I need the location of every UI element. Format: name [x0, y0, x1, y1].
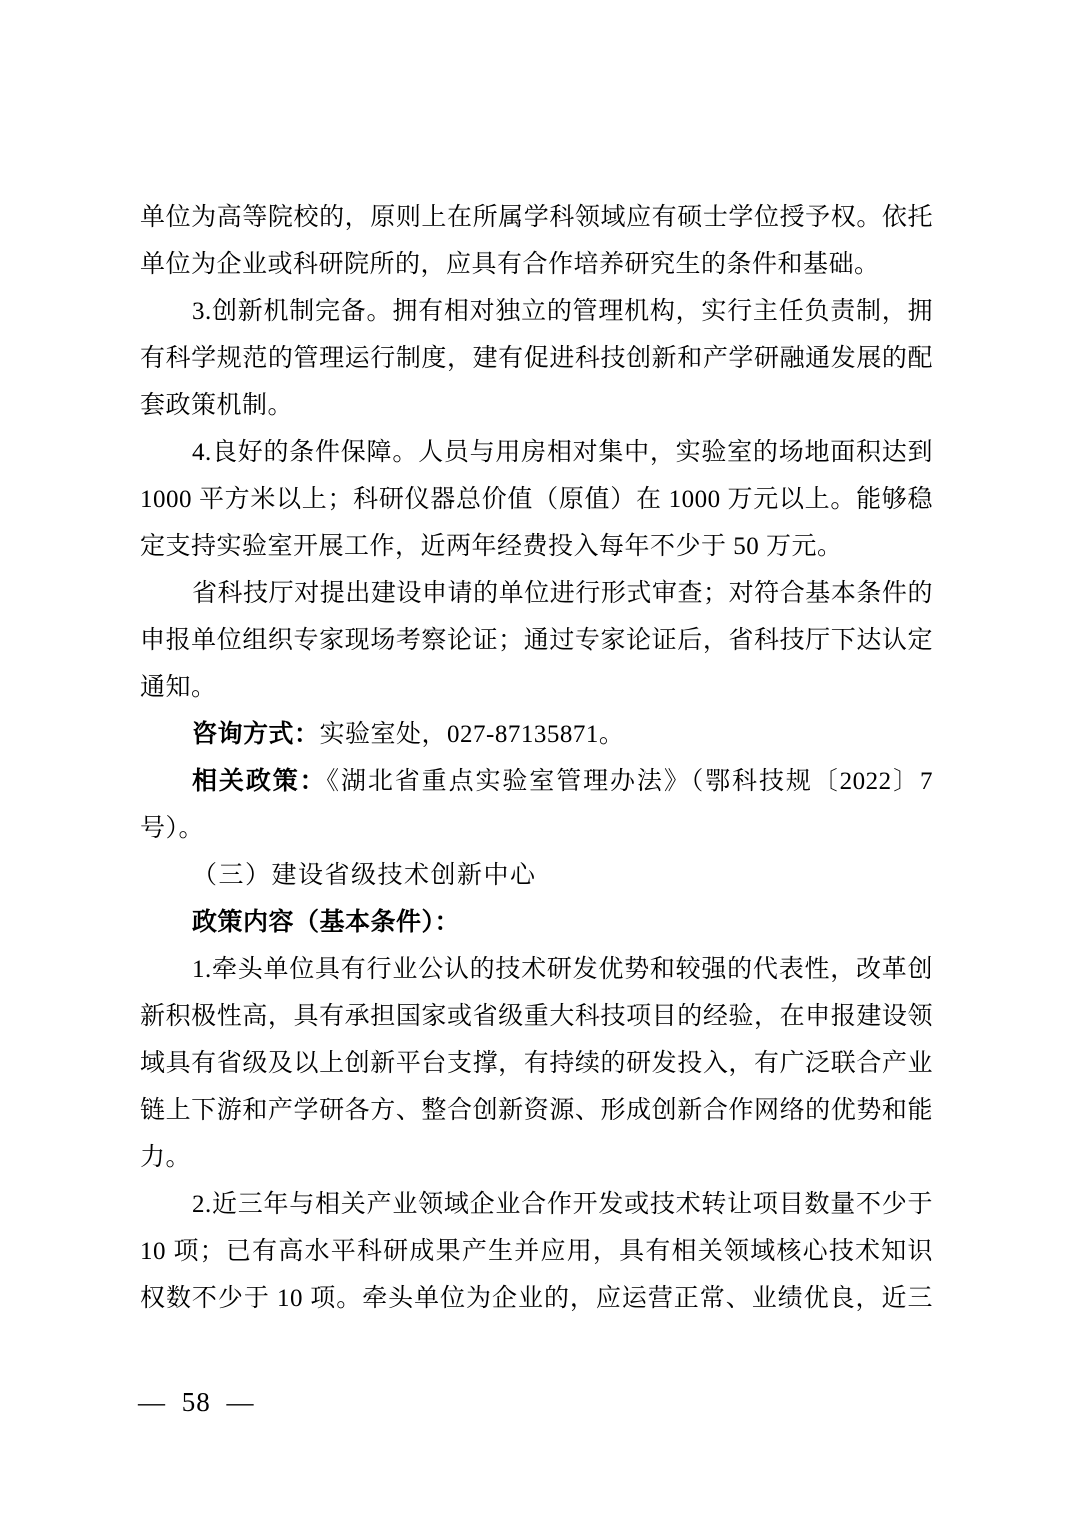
- text-line: 单位为高等院校的，原则上在所属学科领域应有硕士学位授予权。依托: [140, 194, 933, 241]
- text-segment-bold: 咨询方式：: [192, 721, 320, 748]
- text-line: 4.良好的条件保障。人员与用房相对集中，实验室的场地面积达到: [140, 429, 933, 476]
- text-line: 政策内容（基本条件）：: [140, 899, 933, 946]
- text-segment-normal: 省科技厅对提出建设申请的单位进行形式审查；对符合基本条件的: [192, 580, 933, 607]
- text-line: 力。: [140, 1134, 933, 1181]
- document-body: 单位为高等院校的，原则上在所属学科领域应有硕士学位授予权。依托单位为企业或科研院…: [140, 194, 933, 1322]
- text-segment-normal: 套政策机制。: [140, 392, 293, 419]
- text-segment-normal: 1.牵头单位具有行业公认的技术研发优势和较强的代表性，改革创: [192, 956, 933, 983]
- text-line: 1000 平方米以上；科研仪器总价值（原值）在 1000 万元以上。能够稳: [140, 476, 933, 523]
- text-line: （三）建设省级技术创新中心: [140, 852, 933, 899]
- text-segment-normal: 权数不少于 10 项。牵头单位为企业的，应运营正常、业绩优良，近三年: [140, 1285, 933, 1322]
- text-segment-normal: 号）。: [140, 815, 204, 842]
- text-line: 咨询方式：实验室处，027-87135871。: [140, 711, 933, 758]
- text-line: 套政策机制。: [140, 382, 933, 429]
- text-segment-bold: 政策内容（基本条件）：: [192, 909, 460, 936]
- text-segment-normal: 有科学规范的管理运行制度，建有促进科技创新和产学研融通发展的配: [140, 345, 933, 372]
- text-line: 权数不少于 10 项。牵头单位为企业的，应运营正常、业绩优良，近三年: [140, 1275, 933, 1322]
- text-line: 域具有省级及以上创新平台支撑，有持续的研发投入，有广泛联合产业: [140, 1040, 933, 1087]
- text-segment-normal: 10 项；已有高水平科研成果产生并应用，具有相关领域核心技术知识产: [140, 1238, 933, 1275]
- text-segment-bold: 相关政策：: [192, 768, 327, 795]
- text-segment-normal: 力。: [140, 1144, 191, 1171]
- text-line: 通知。: [140, 664, 933, 711]
- text-line: 申报单位组织专家现场考察论证；通过专家论证后，省科技厅下达认定: [140, 617, 933, 664]
- text-line: 单位为企业或科研院所的，应具有合作培养研究生的条件和基础。: [140, 241, 933, 288]
- text-line: 新积极性高，具有承担国家或省级重大科技项目的经验，在申报建设领: [140, 993, 933, 1040]
- document-page: 单位为高等院校的，原则上在所属学科领域应有硕士学位授予权。依托单位为企业或科研院…: [0, 0, 1074, 1520]
- text-line: 相关政策：《湖北省重点实验室管理办法》（鄂科技规〔2022〕7: [140, 758, 933, 805]
- text-line: 10 项；已有高水平科研成果产生并应用，具有相关领域核心技术知识产: [140, 1228, 933, 1275]
- text-line: 有科学规范的管理运行制度，建有促进科技创新和产学研融通发展的配: [140, 335, 933, 382]
- text-segment-normal: 《湖北省重点实验室管理办法》（鄂科技规〔2022〕7: [327, 768, 933, 795]
- text-line: 1.牵头单位具有行业公认的技术研发优势和较强的代表性，改革创: [140, 946, 933, 993]
- text-segment-normal: 2.近三年与相关产业领域企业合作开发或技术转让项目数量不少于: [192, 1191, 933, 1218]
- text-line: 省科技厅对提出建设申请的单位进行形式审查；对符合基本条件的: [140, 570, 933, 617]
- text-line: 链上下游和产学研各方、整合创新资源、形成创新合作网络的优势和能: [140, 1087, 933, 1134]
- text-segment-normal: 单位为高等院校的，原则上在所属学科领域应有硕士学位授予权。依托: [140, 204, 933, 231]
- text-segment-kaiti: （三）建设省级技术创新中心: [192, 862, 537, 889]
- text-segment-normal: 1000 平方米以上；科研仪器总价值（原值）在 1000 万元以上。能够稳: [140, 486, 933, 513]
- page-number: — 58 —: [138, 1384, 255, 1420]
- text-segment-normal: 域具有省级及以上创新平台支撑，有持续的研发投入，有广泛联合产业: [140, 1050, 933, 1077]
- text-segment-normal: 新积极性高，具有承担国家或省级重大科技项目的经验，在申报建设领: [140, 1003, 933, 1030]
- text-segment-normal: 定支持实验室开展工作，近两年经费投入每年不少于 50 万元。: [140, 533, 843, 560]
- text-segment-normal: 链上下游和产学研各方、整合创新资源、形成创新合作网络的优势和能: [140, 1097, 933, 1124]
- text-line: 3.创新机制完备。拥有相对独立的管理机构，实行主任负责制，拥: [140, 288, 933, 335]
- text-line: 2.近三年与相关产业领域企业合作开发或技术转让项目数量不少于: [140, 1181, 933, 1228]
- text-line: 定支持实验室开展工作，近两年经费投入每年不少于 50 万元。: [140, 523, 933, 570]
- text-segment-normal: 4.良好的条件保障。人员与用房相对集中，实验室的场地面积达到: [192, 439, 933, 466]
- text-segment-normal: 通知。: [140, 674, 217, 701]
- text-line: 号）。: [140, 805, 933, 852]
- text-segment-normal: 实验室处，027-87135871。: [320, 721, 625, 748]
- text-segment-normal: 单位为企业或科研院所的，应具有合作培养研究生的条件和基础。: [140, 251, 880, 278]
- text-segment-normal: 申报单位组织专家现场考察论证；通过专家论证后，省科技厅下达认定: [140, 627, 933, 654]
- text-segment-normal: 3.创新机制完备。拥有相对独立的管理机构，实行主任负责制，拥: [192, 298, 933, 325]
